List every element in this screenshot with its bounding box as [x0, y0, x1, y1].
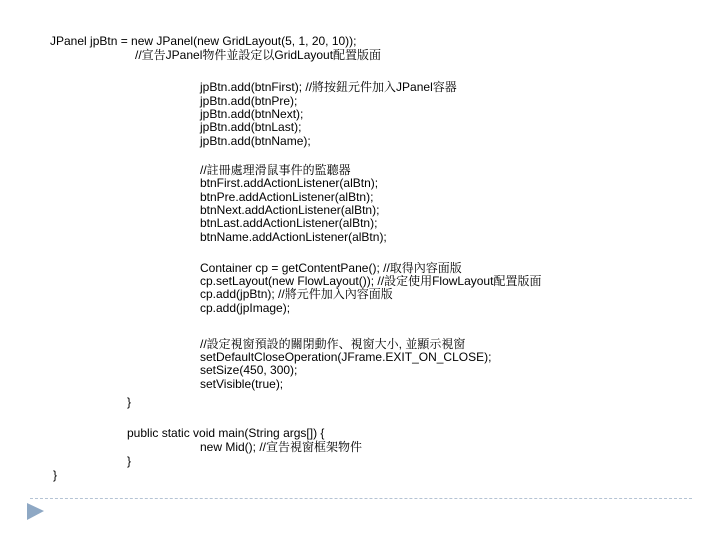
code-line-closing-brace: }: [127, 396, 131, 409]
code-line-closing-brace: }: [53, 469, 57, 482]
code-line-closing-brace: }: [127, 455, 131, 468]
code-line: cp.add(jpBtn); //將元件加入內容面版: [200, 288, 393, 301]
code-line: btnLast.addActionListener(alBtn);: [200, 217, 377, 230]
code-line: new Mid(); //宣告視窗框架物件: [200, 441, 362, 454]
code-line: cp.add(jpImage);: [200, 302, 290, 315]
code-line: btnFirst.addActionListener(alBtn);: [200, 177, 378, 190]
slide-canvas: JPanel jpBtn = new JPanel(new GridLayout…: [0, 0, 720, 540]
code-line: jpBtn.add(btnName);: [200, 135, 311, 148]
code-line: setSize(450, 300);: [200, 364, 297, 377]
footer-divider: [30, 498, 692, 499]
code-line: JPanel jpBtn = new JPanel(new GridLayout…: [50, 35, 357, 48]
code-line: btnName.addActionListener(alBtn);: [200, 231, 387, 244]
code-line: jpBtn.add(btnFirst); //將按鈕元件加入JPanel容器: [200, 81, 457, 94]
footer-triangle-icon: [27, 503, 44, 520]
code-line: setVisible(true);: [200, 378, 283, 391]
code-line: public static void main(String args[]) {: [127, 427, 324, 440]
code-line: jpBtn.add(btnLast);: [200, 121, 301, 134]
code-line-comment: //宣告JPanel物件並設定以GridLayout配置版面: [135, 49, 381, 62]
